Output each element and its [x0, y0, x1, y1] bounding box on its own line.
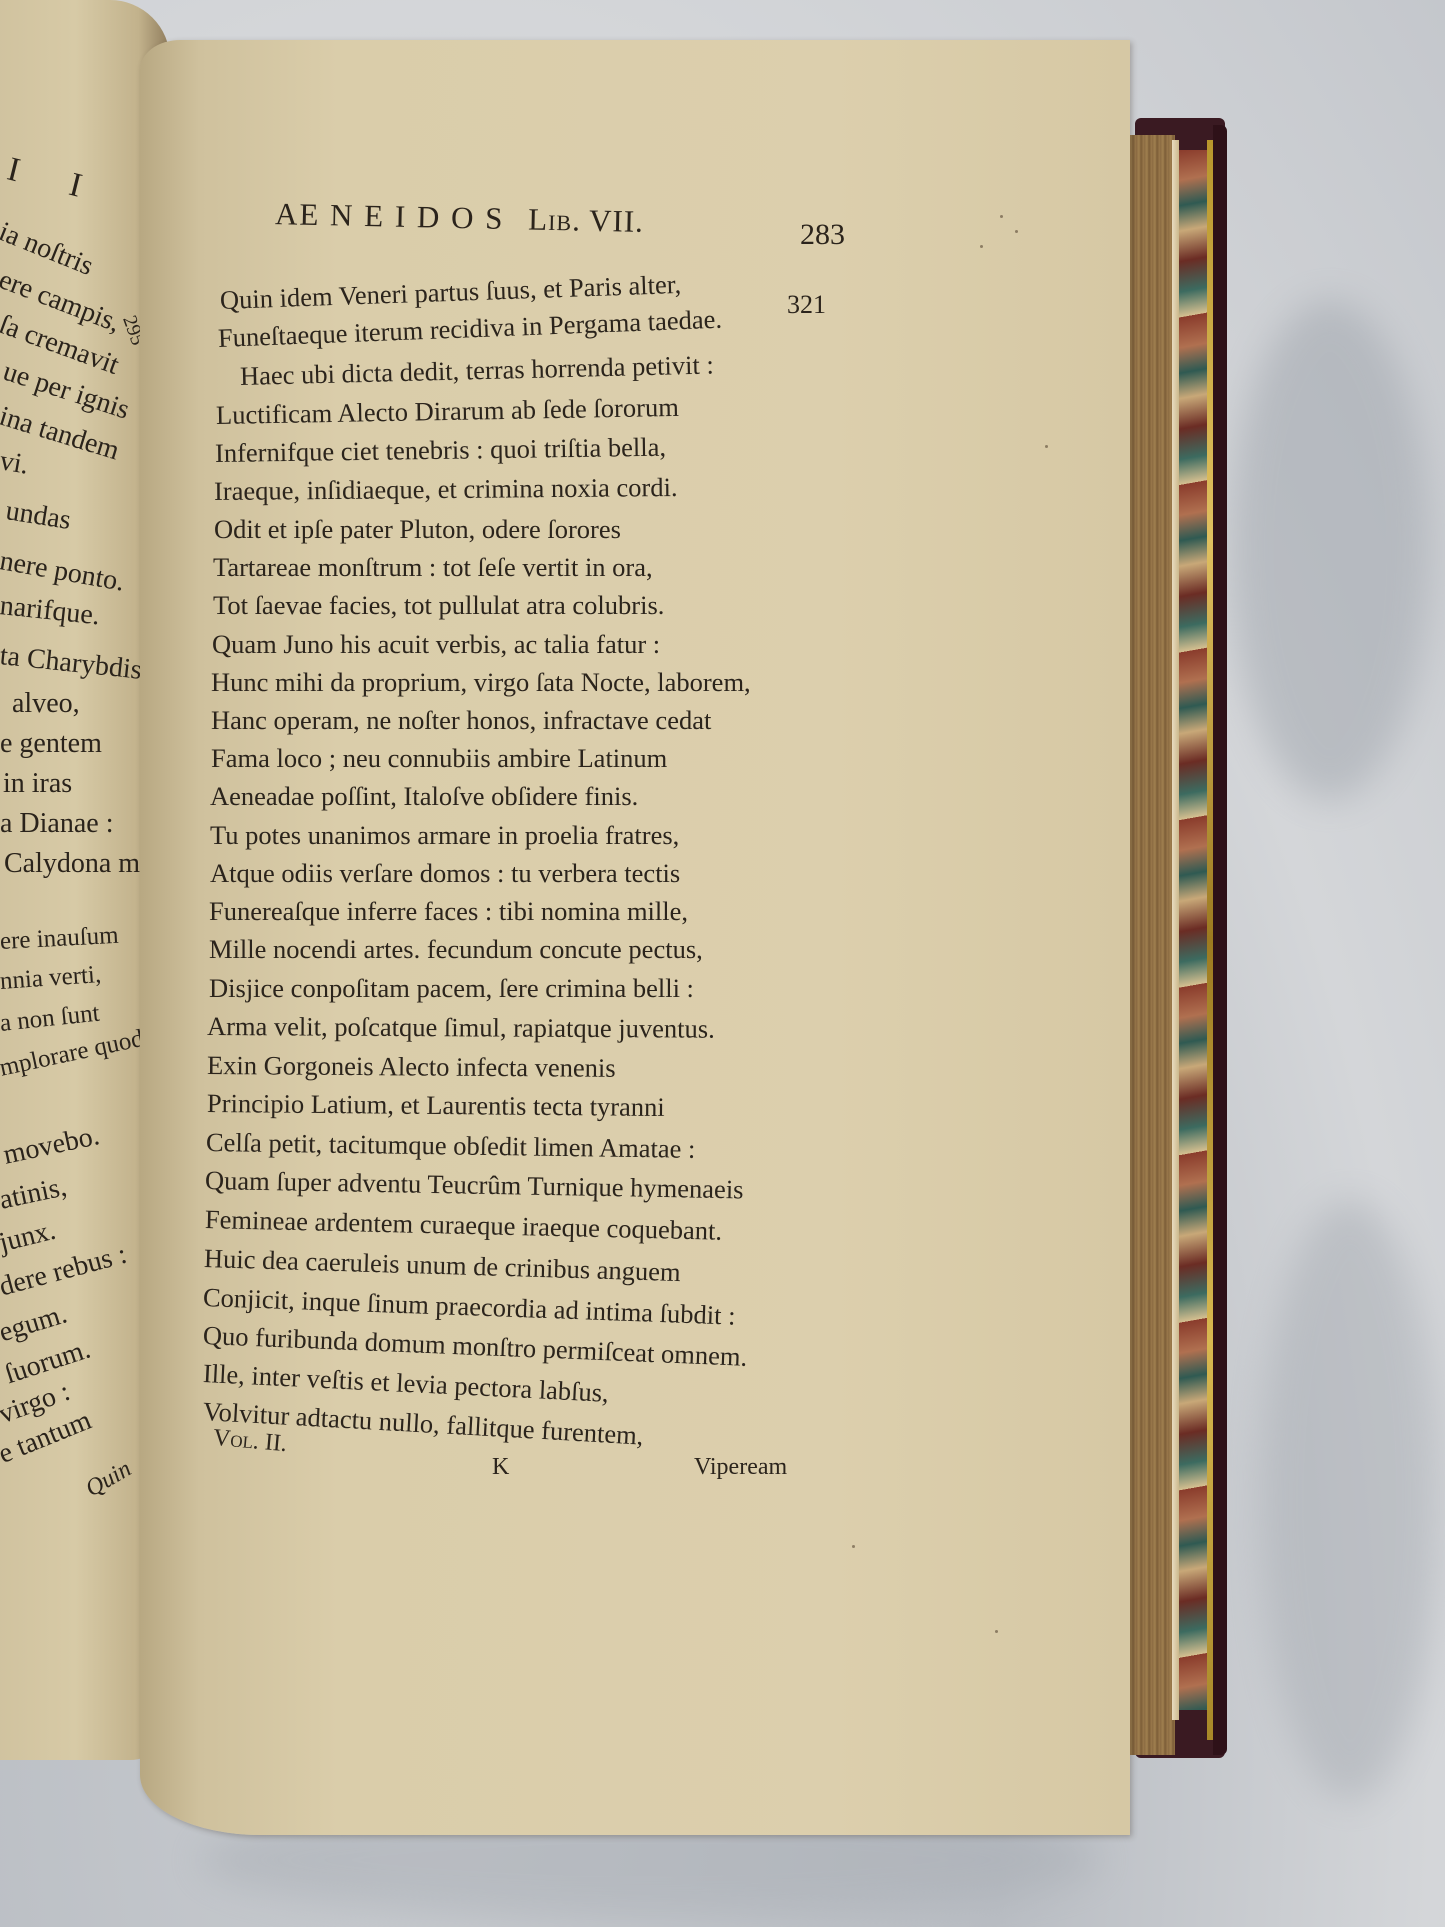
left-fragment: nnia verti,	[0, 961, 102, 996]
left-fragment: alveo,	[12, 688, 80, 720]
marbled-endpaper	[1179, 150, 1207, 1710]
left-fragment: ere inauſum	[0, 922, 119, 956]
running-head: AE N E I D O S Lib. VII.	[275, 196, 645, 240]
left-fragment: a non ſunt	[0, 1000, 101, 1038]
running-head-title: AE N E I D O S	[275, 196, 505, 236]
verse-line: Tot ſaevae facies, tot pullulat atra col…	[213, 590, 664, 621]
left-catchword: Quin	[81, 1456, 136, 1503]
verse-line: Hanc operam, ne noſter honos, infractave…	[211, 705, 711, 736]
verse-line: Aeneadae poſſint, Italoſve obſidere fini…	[210, 781, 638, 812]
verse-line: Atque odiis verſare domos : tu verbera t…	[210, 858, 680, 889]
left-fragment: a Dianae :	[0, 808, 114, 840]
signature-mark: K	[492, 1454, 509, 1481]
page-number: 283	[800, 218, 845, 252]
verse-line: Quam Juno his acuit verbis, ac talia fat…	[212, 629, 660, 660]
verse-line: Principio Latium, et Laurentis tecta tyr…	[207, 1088, 665, 1123]
left-fragment: ta Charybdis	[0, 640, 143, 687]
verse-line: Infernifque ciet tenebris : quoi triſtia…	[215, 432, 666, 469]
left-running-head: I I	[3, 151, 106, 211]
paper-speck	[1000, 215, 1003, 218]
left-fragment: nere ponto.	[0, 545, 127, 598]
paper-speck	[852, 1545, 855, 1548]
verse-line: Iraeque, inſidiaeque, et crimina noxia c…	[214, 472, 678, 507]
verse-line: Funereaſque inferre faces : tibi nomina …	[209, 896, 688, 927]
running-head-book: Lib. VII.	[528, 201, 644, 238]
left-fragment: in iras	[3, 768, 72, 800]
spine-leather	[1213, 125, 1227, 1755]
line-number-marker: 321	[787, 290, 826, 320]
verse-line: Odit et ipſe pater Pluton, odere ſorores	[214, 514, 621, 545]
verse-line: Disjice conpoſitam pacem, ſere crimina b…	[209, 973, 694, 1004]
gilt-edge	[1172, 140, 1179, 1720]
verse-line: Exin Gorgoneis Alecto infecta venenis	[207, 1050, 616, 1084]
left-fragment: narifque.	[0, 590, 101, 632]
verse-line: Fama loco ; neu connubiis ambire Latinum	[211, 743, 667, 774]
paper-speck	[1045, 445, 1048, 448]
marble-texture	[1230, 300, 1430, 800]
verse-line: Hunc mihi da proprium, virgo ſata Nocte,…	[211, 667, 751, 698]
paper-speck	[980, 245, 983, 248]
paper-speck	[995, 1630, 998, 1633]
catchword: Vipeream	[694, 1454, 787, 1481]
marble-texture	[1260, 1200, 1440, 1800]
verse-line: Tartareae monſtrum : tot ſeſe vertit in …	[213, 552, 653, 583]
left-fragment: atinis,	[0, 1171, 70, 1216]
left-fragment: undas	[3, 495, 73, 537]
left-fragment: e gentem	[0, 728, 102, 760]
verse-line: Arma velit, poſcatque ſimul, rapiatque j…	[207, 1011, 715, 1045]
paper-speck	[1015, 230, 1018, 233]
page-edges	[1128, 135, 1175, 1755]
left-fragment: vi.	[0, 445, 31, 482]
left-fragment: junx.	[0, 1215, 59, 1260]
verse-line: Mille nocendi artes. fecundum concute pe…	[209, 934, 703, 965]
verse-line: Tu potes unanimos armare in proelia frat…	[210, 820, 679, 851]
left-fragment: Calydona me.	[4, 848, 160, 880]
left-fragment: movebo.	[1, 1120, 103, 1172]
